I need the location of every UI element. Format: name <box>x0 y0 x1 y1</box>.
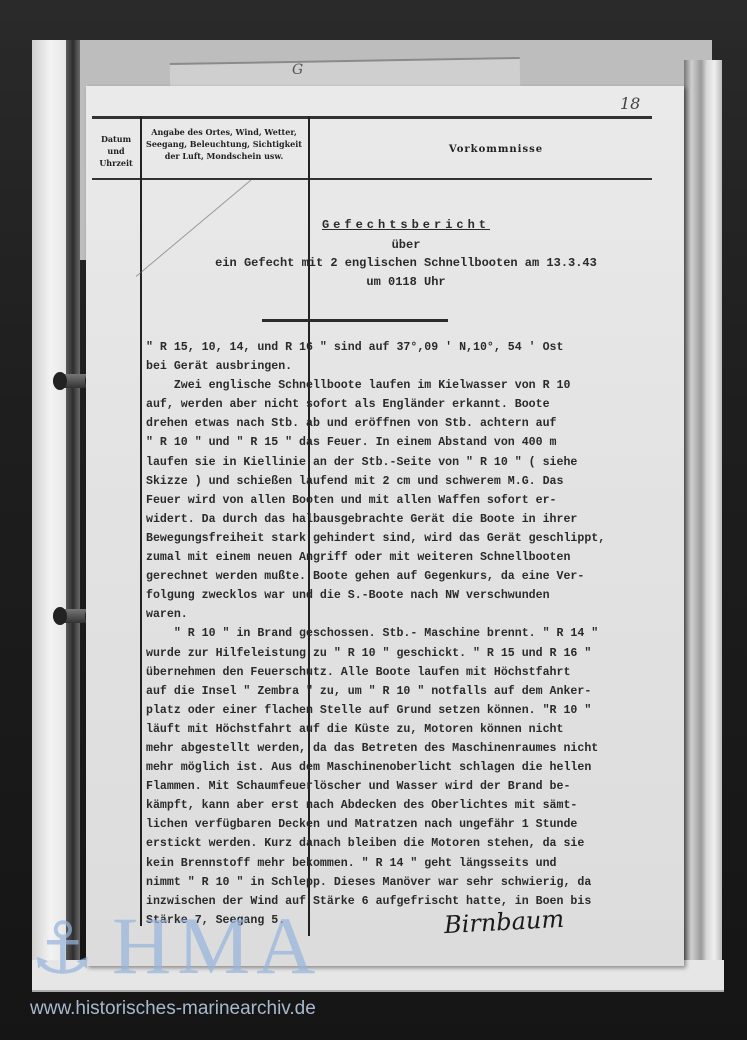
report-line: platz oder einer flachen Stelle auf Grun… <box>146 701 686 720</box>
header-vorkommnisse: Vorkommnisse <box>346 144 646 156</box>
report-line: läuft mit Höchstfahrt auf die Küste zu, … <box>146 720 686 739</box>
report-line: Skizze ) und schießen laufend mit 2 cm u… <box>146 472 686 491</box>
report-line: Feuer wird von allen Booten und mit alle… <box>146 491 686 510</box>
report-line: " R 10 " in Brand geschossen. Stb.- Masc… <box>146 624 686 643</box>
signature: Birnbaum <box>443 905 564 939</box>
report-line: laufen sie in Kiellinie an der Stb.-Seit… <box>146 453 686 472</box>
report-line: waren. <box>146 605 686 624</box>
page-stack-edge <box>684 60 722 970</box>
report-line: auf die Insel " Zembra " zu, um " R 10 "… <box>146 682 686 701</box>
document-subtitle: ein Gefecht mit 2 englischen Schnellboot… <box>126 256 686 270</box>
binder-spine <box>66 40 80 975</box>
report-line: gerechnet werden mußte. Boote gehen auf … <box>146 567 686 586</box>
header-line: Seegang, Beleuchtung, Sichtigkeit <box>142 138 306 150</box>
report-line: lichen verfügbaren Decken und Matratzen … <box>146 815 686 834</box>
report-line: " R 10 " und " R 15 " das Feuer. In eine… <box>146 433 686 452</box>
report-body: " R 15, 10, 14, und R 16 " sind auf 37°,… <box>146 338 686 930</box>
header-line: Uhrzeit <box>94 157 138 169</box>
report-line: mehr möglich ist. Aus dem Maschinenoberl… <box>146 758 686 777</box>
header-line: und <box>94 145 138 157</box>
report-line: übernehmen den Feuerschutz. Alle Boote l… <box>146 663 686 682</box>
report-line: erstickt werden. Kurz danach bleiben die… <box>146 834 686 853</box>
document-time: um 0118 Uhr <box>126 275 686 289</box>
document-page: 18 Datum und Uhrzeit Angabe des Ortes, W… <box>86 86 684 966</box>
report-line: mehr abgestellt werden, da das Betreten … <box>146 739 686 758</box>
title-ueber: über <box>126 238 686 252</box>
report-line: widert. Da durch das halbausgebrachte Ge… <box>146 510 686 529</box>
report-line: wurde zur Hilfeleistung zu " R 10 " gesc… <box>146 644 686 663</box>
document-title: Gefechtsbericht <box>126 218 686 232</box>
report-line: drehen etwas nach Stb. ab und eröffnen v… <box>146 414 686 433</box>
report-line: bei Gerät ausbringen. <box>146 357 686 376</box>
header-line: Datum <box>94 133 138 145</box>
report-line: zumal mit einem neuen Angriff oder mit w… <box>146 548 686 567</box>
header-line: Angabe des Ortes, Wind, Wetter, <box>142 126 306 138</box>
report-line: kämpft, kann aber erst nach Abdecken des… <box>146 796 686 815</box>
report-line: Bewegungsfreiheit stark gehindert sind, … <box>146 529 686 548</box>
report-line: folgung zwecklos war und die S.-Boote na… <box>146 586 686 605</box>
title-separator <box>262 319 448 322</box>
header-datum-uhrzeit: Datum und Uhrzeit <box>94 133 138 169</box>
report-line: nimmt " R 10 " in Schlepp. Dieses Manöve… <box>146 873 686 892</box>
header-line: der Luft, Mondschein usw. <box>142 150 306 162</box>
watermark-logo: HMA <box>32 905 321 987</box>
watermark-logo-text: HMA <box>112 900 321 991</box>
header-ort-wetter: Angabe des Ortes, Wind, Wetter, Seegang,… <box>142 126 306 162</box>
table-top-rule <box>92 116 652 119</box>
background-sheet-mark: G <box>292 62 303 78</box>
report-line: Flammen. Mit Schaumfeuerlöscher und Wass… <box>146 777 686 796</box>
report-line: auf, werden aber nicht sofort als Englän… <box>146 395 686 414</box>
watermark-url: www.historisches-marinearchiv.de <box>30 998 316 1020</box>
page-number: 18 <box>620 94 640 113</box>
report-line: kein Brennstoff mehr bekommen. " R 14 " … <box>146 854 686 873</box>
table-header-rule <box>92 178 652 180</box>
report-line: " R 15, 10, 14, und R 16 " sind auf 37°,… <box>146 338 686 357</box>
report-line: Zwei englische Schnellboote laufen im Ki… <box>146 376 686 395</box>
